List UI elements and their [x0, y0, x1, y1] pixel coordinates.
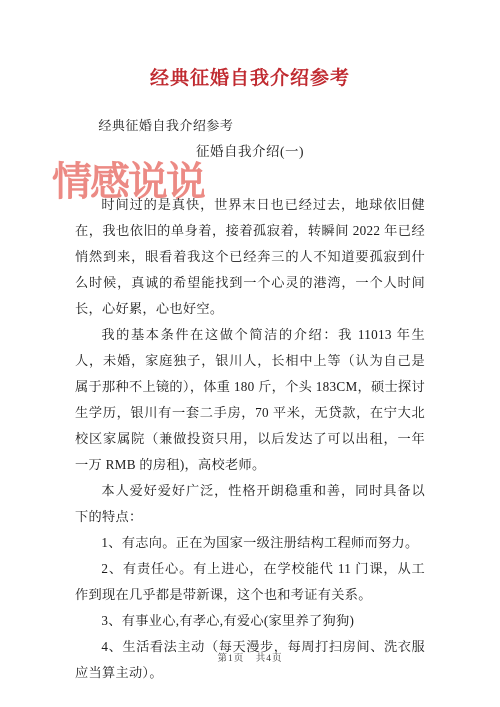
paragraph: 时间过的是真快，世界末日也已经过去，地球依旧健在，我也依旧的单身着，接着孤寂着，…: [75, 192, 425, 322]
paragraph: 2、有责任心。有上进心，在学校能代 11 门课，从工作到现在几乎都是带新课，这个…: [75, 556, 425, 608]
document-title: 经典征婚自我介绍参考: [75, 66, 425, 92]
page-number-label: 第1页: [218, 654, 245, 664]
document-content: 经典征婚自我介绍参考 经典征婚自我介绍参考 征婚自我介绍(一) 时间过的是真快，…: [0, 0, 500, 686]
page-footer: 第1页 共4页: [0, 649, 500, 669]
paragraph: 本人爱好爱好广泛，性格开朗稳重和善，同时具备以下的特点：: [75, 478, 425, 530]
document-body: 时间过的是真快，世界末日也已经过去，地球依旧健在，我也依旧的单身着，接着孤寂着，…: [75, 192, 425, 686]
subtitle-line: 经典征婚自我介绍参考: [75, 113, 425, 139]
paragraph: 1、有志向。正在为国家一级注册结构工程师而努力。: [75, 530, 425, 556]
paragraph: 我的基本条件在这做个简洁的介绍：我 11013 年生人，未婚，家庭独子，银川人，…: [75, 322, 425, 478]
page-total-label: 共4页: [256, 654, 283, 664]
document-page: 情感说说 经典征婚自我介绍参考 经典征婚自我介绍参考 征婚自我介绍(一) 时间过…: [0, 0, 500, 707]
paragraph: 3、有事业心,有孝心,有爱心(家里养了狗狗): [75, 608, 425, 634]
section-heading: 征婚自我介绍(一): [75, 139, 425, 165]
